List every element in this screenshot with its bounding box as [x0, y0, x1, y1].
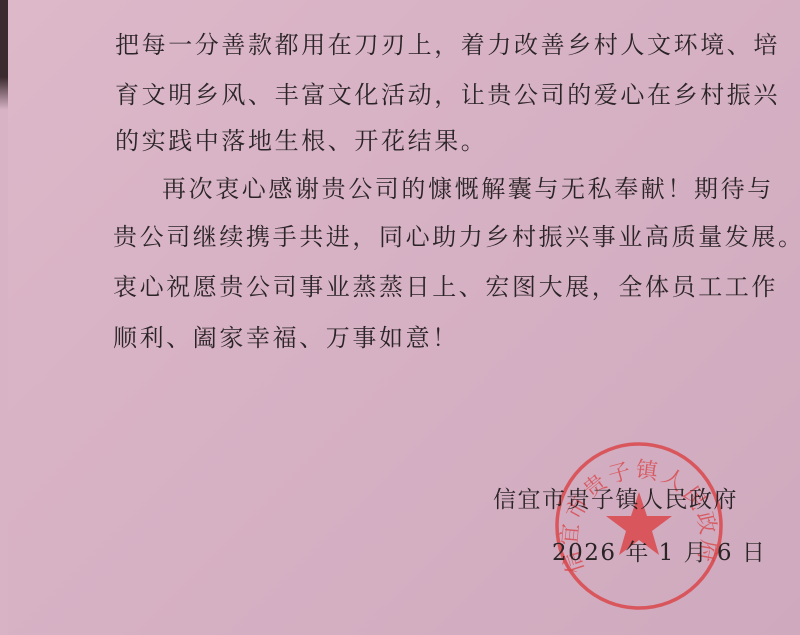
paragraph-2-line-4: 顺利、阖家幸福、万事如意！ [113, 323, 459, 353]
official-seal: 信宜市贵子镇人民政府 [553, 440, 725, 612]
paragraph-1-line-3: 的实践中落地生根、开花结果。 [115, 126, 487, 156]
signature-organization: 信宜市贵子镇人民政府 [493, 481, 738, 514]
paragraph-1-line-1: 把每一分善款都用在刀刃上，着力改善乡村人文环境、培 [115, 30, 780, 60]
photo-edge-shadow [0, 0, 8, 110]
paragraph-2-line-1: 再次衷心感谢贵公司的慷慨解囊与无私奉献！期待与 [162, 174, 774, 204]
paragraph-2-line-3: 衷心祝愿贵公司事业蒸蒸日上、宏图大展，全体员工工作 [113, 272, 778, 302]
signature-date: 2026 年 1 月 6 日 [552, 534, 766, 567]
paragraph-2-line-2: 贵公司继续携手共进，同心助力乡村振兴事业高质量发展。 [113, 222, 800, 252]
paragraph-1-line-2: 育文明乡风、丰富文化活动，让贵公司的爱心在乡村振兴 [115, 80, 780, 110]
